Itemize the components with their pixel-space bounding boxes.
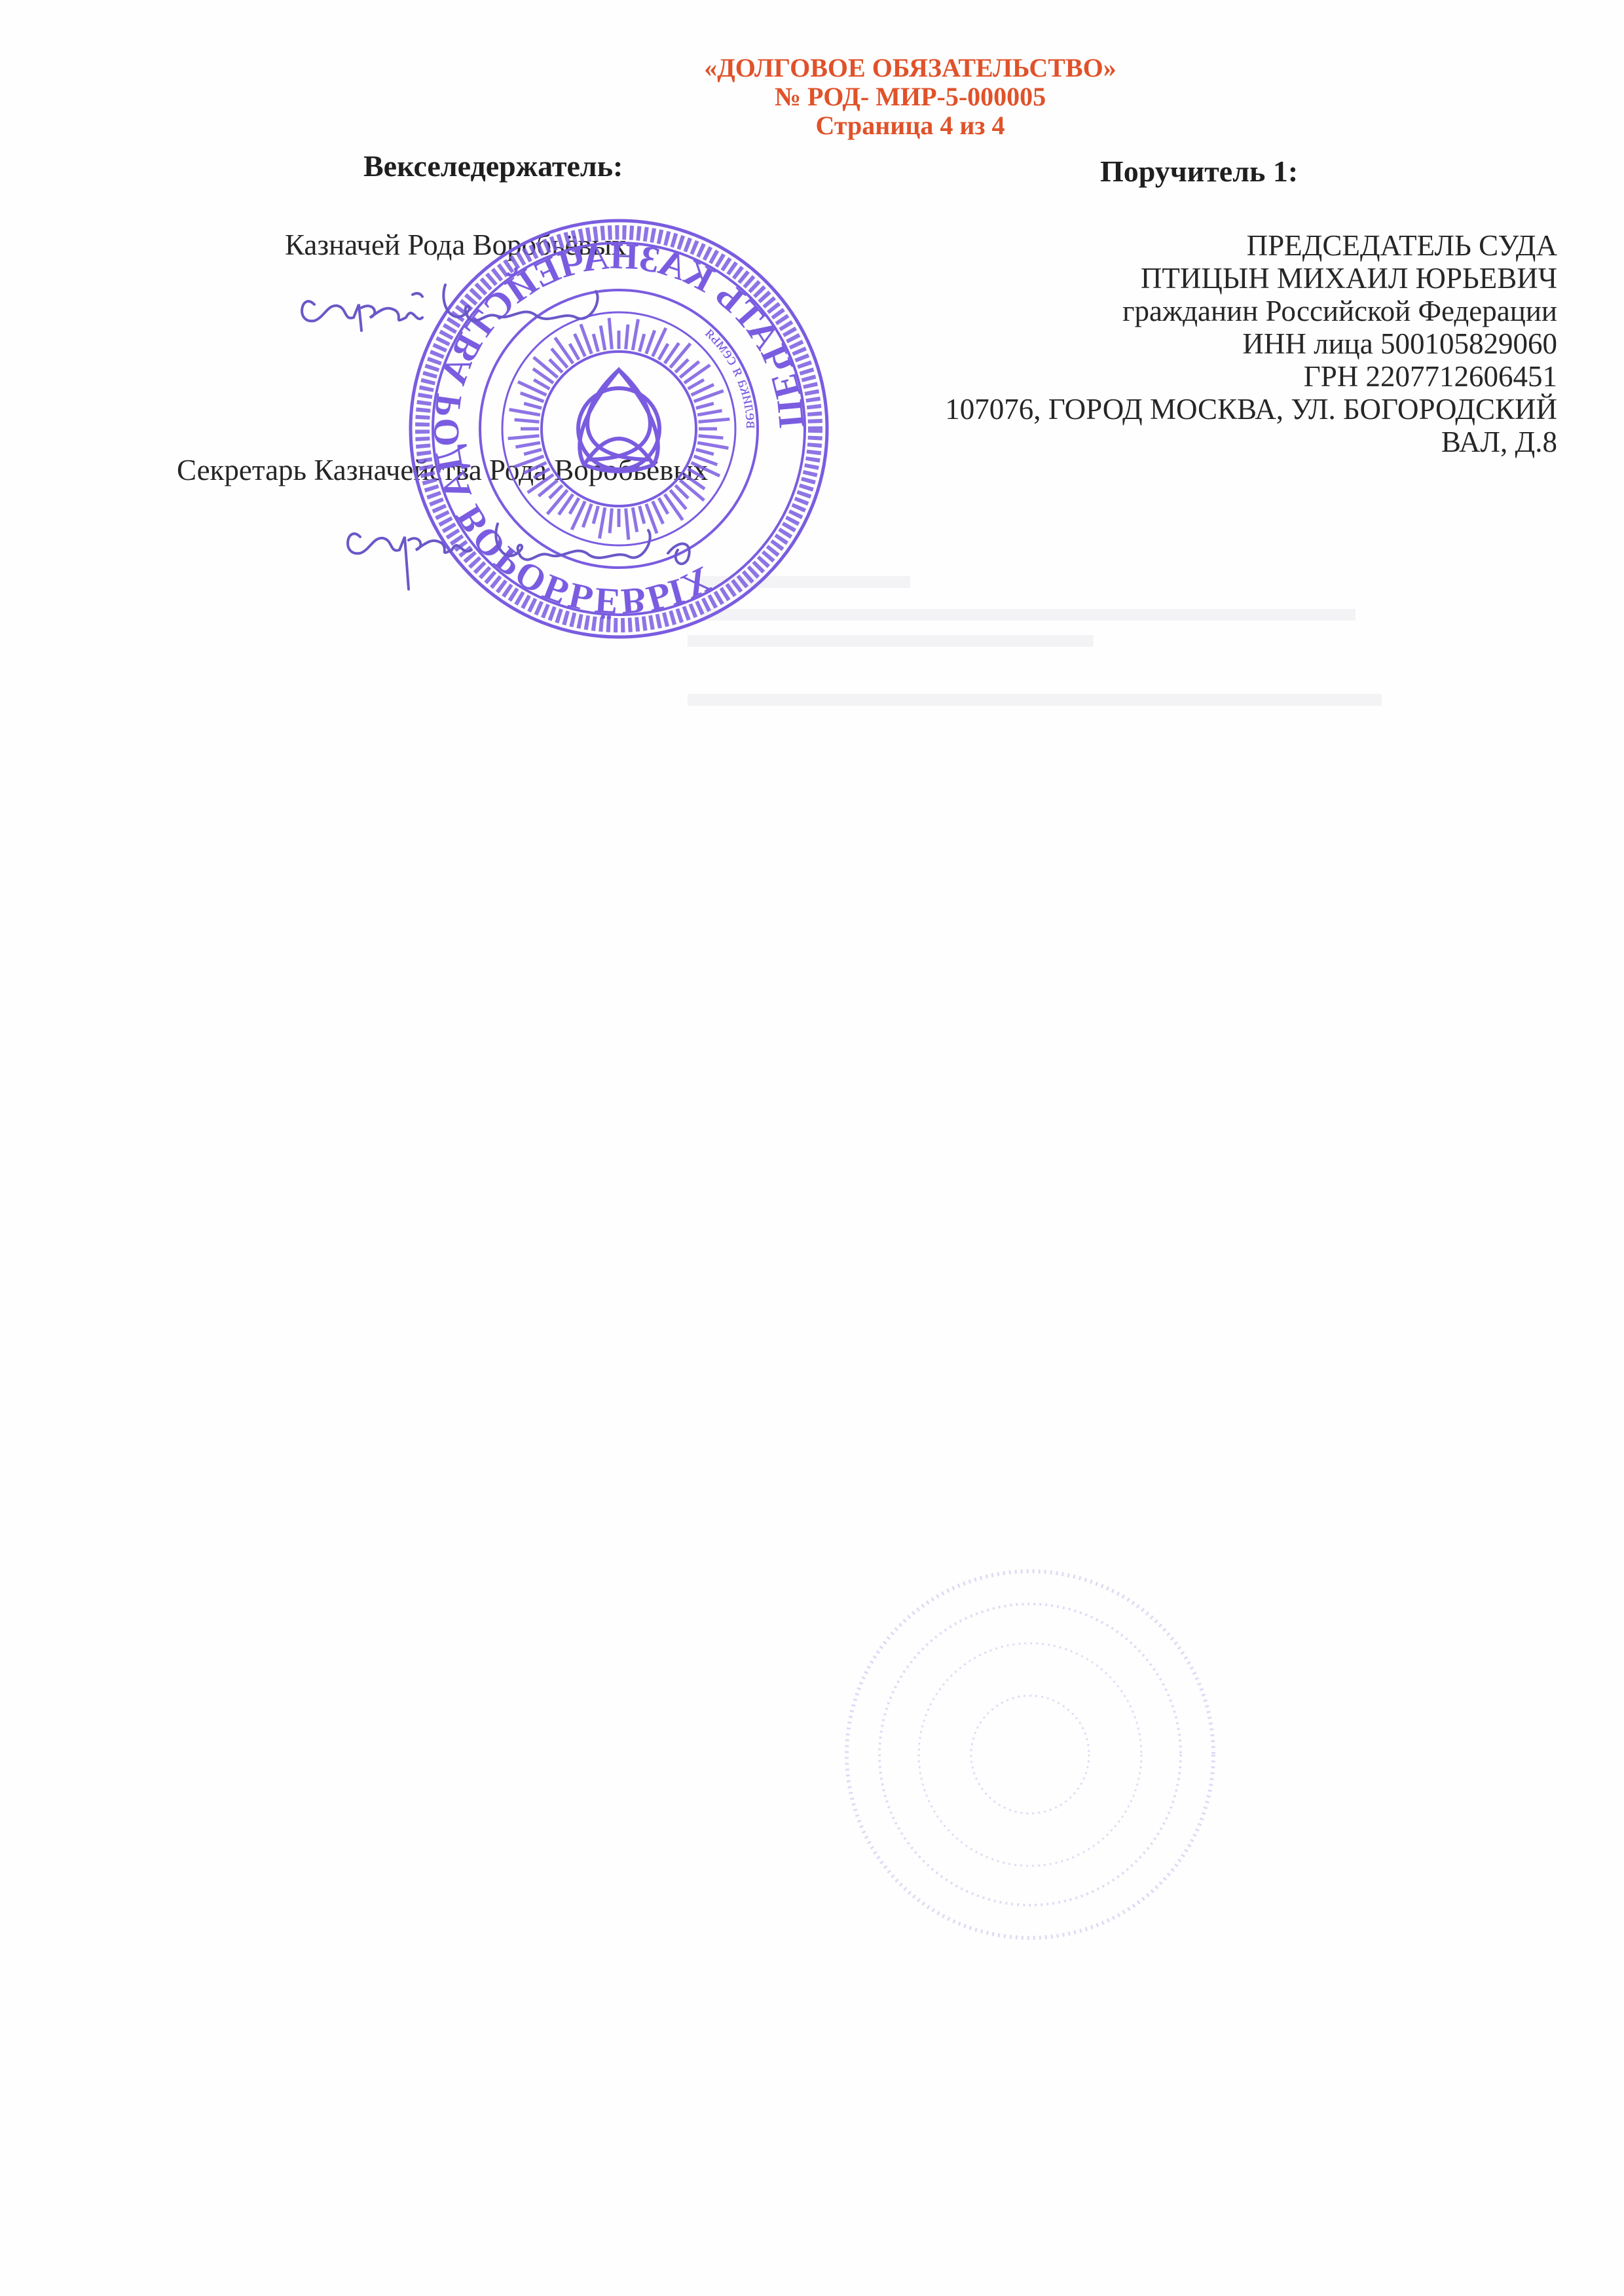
faint-seal-icon: [830, 1565, 1230, 1944]
document-number: № РОД- МИР-5-000005: [589, 82, 1231, 111]
holder-title: Векселедержатель:: [363, 149, 623, 183]
document-title: «ДОЛГОВОЕ ОБЯЗАТЕЛЬСТВО»: [589, 54, 1231, 82]
treasurer-signature: [288, 265, 655, 344]
guarantor-grn: ГРН 2207712606451: [945, 360, 1557, 393]
document-header: «ДОЛГОВОЕ ОБЯЗАТЕЛЬСТВО» № РОД- МИР-5-00…: [589, 54, 1231, 140]
bleed-through-line: [688, 694, 1382, 706]
guarantor-address-line2: ВАЛ, Д.8: [945, 426, 1557, 458]
guarantor-citizenship: гражданин Российской Федерации: [945, 295, 1557, 327]
guarantor-title: Поручитель 1:: [1100, 155, 1298, 189]
guarantor-position: ПРЕДСЕДАТЕЛЬ СУДА: [945, 229, 1557, 262]
page-indicator: Страница 4 из 4: [589, 111, 1231, 140]
secretary-signature: [341, 498, 733, 602]
guarantor-address-line1: 107076, ГОРОД МОСКВА, УЛ. БОГОРОДСКИЙ: [945, 393, 1557, 426]
guarantor-details: ПРЕДСЕДАТЕЛЬ СУДА ПТИЦЫН МИХАИЛ ЮРЬЕВИЧ …: [945, 229, 1557, 458]
guarantor-name: ПТИЦЫН МИХАИЛ ЮРЬЕВИЧ: [945, 262, 1557, 295]
guarantor-inn: ИНН лица 500105829060: [945, 327, 1557, 360]
